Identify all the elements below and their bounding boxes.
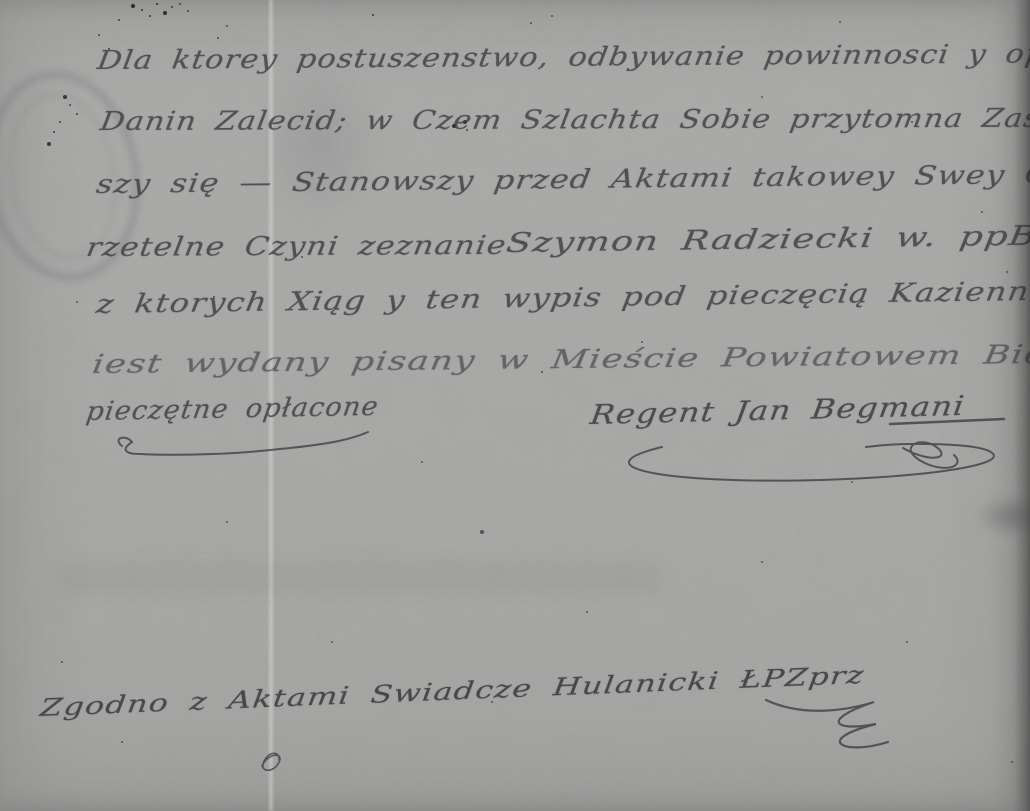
underline-flourish [119,432,369,455]
manuscript-line-4: rzetelne Czyni zeznanie [84,231,509,263]
manuscript-line-4-name: Szymon Radziecki w. ppBady [504,220,1030,259]
page-edge-shadow [1014,0,1030,811]
manuscript-line-1: Dla ktorey postuszenstwo, odbywanie powi… [95,39,1030,76]
manuscript-line-2: Danin Zalecid; w Czem Szlachta Sobie prz… [98,103,1030,137]
regent-signature: Regent Jan Begmani [588,391,967,431]
ink-speckles [0,0,2,2]
fee-note-line: pieczętne opłacone [84,392,381,427]
manuscript-line-6: iest wydany pisany w Mieście Powiatowem … [90,339,1030,380]
zigzag-flourish [766,700,888,747]
ink-ghost-smudge [255,55,385,230]
manuscript-line-3: szy się — Stanowszy przed Aktami takowey… [94,158,1030,200]
signature-flourish-curl [903,442,958,468]
manuscript-line-5: z ktorych Xiąg y ten wypis pod pieczęcią… [94,274,1030,320]
certification-line: Zgodno z Aktami Swiadcze Hulanicki ŁPZpr… [39,661,867,722]
signature-flourish [629,444,994,481]
manuscript-page: Dla ktorey postuszenstwo, odbywanie powi… [0,0,1030,811]
paper-shading-band [60,562,660,592]
